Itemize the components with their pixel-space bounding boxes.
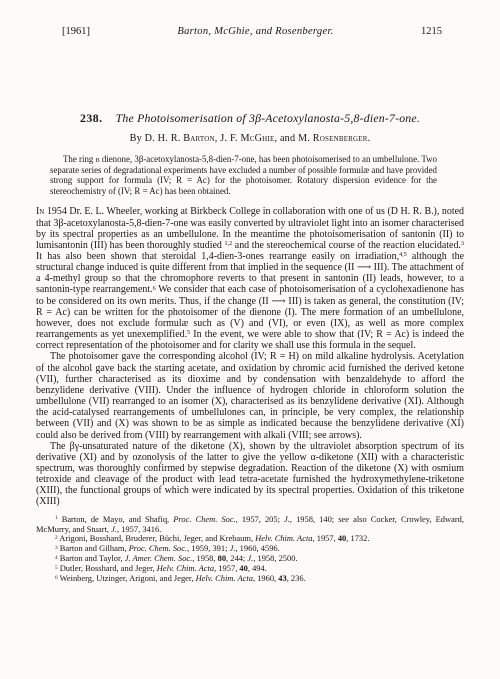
- body-paragraph: The photoisomer gave the corresponding a…: [36, 351, 464, 440]
- article-body: In 1954 Dr. E. L. Wheeler, working at Bi…: [36, 206, 464, 507]
- issue-year: [1961]: [62, 26, 90, 37]
- body-paragraph: The βγ-unsaturated nature of the diketon…: [36, 441, 464, 508]
- article-number: 238.: [80, 111, 103, 125]
- article-title: The Photoisomerisation of 3β-Acetoxylano…: [116, 111, 420, 125]
- article-title-line: 238.The Photoisomerisation of 3β-Acetoxy…: [36, 111, 464, 126]
- abstract: The ring b dienone, 3β-acetoxylanosta-5,…: [50, 154, 437, 196]
- footnote: 6 Weinberg, Utzinger, Arigoni, and Jeger…: [36, 574, 464, 584]
- body-paragraph: In 1954 Dr. E. L. Wheeler, working at Bi…: [36, 206, 464, 351]
- running-head: [1961] Barton, McGhie, and Rosenberger. …: [36, 26, 464, 37]
- byline: By D. H. R. Barton, J. F. McGhie, and M.…: [36, 133, 464, 144]
- footnotes: 1 Barton, de Mayo, and Shafiq, Proc. Che…: [36, 515, 464, 584]
- journal-page: [1961] Barton, McGhie, and Rosenberger. …: [0, 0, 500, 679]
- footnote: 1 Barton, de Mayo, and Shafiq, Proc. Che…: [36, 515, 464, 535]
- page-number: 1215: [421, 26, 442, 37]
- running-head-authors: Barton, McGhie, and Rosenberger.: [90, 26, 421, 37]
